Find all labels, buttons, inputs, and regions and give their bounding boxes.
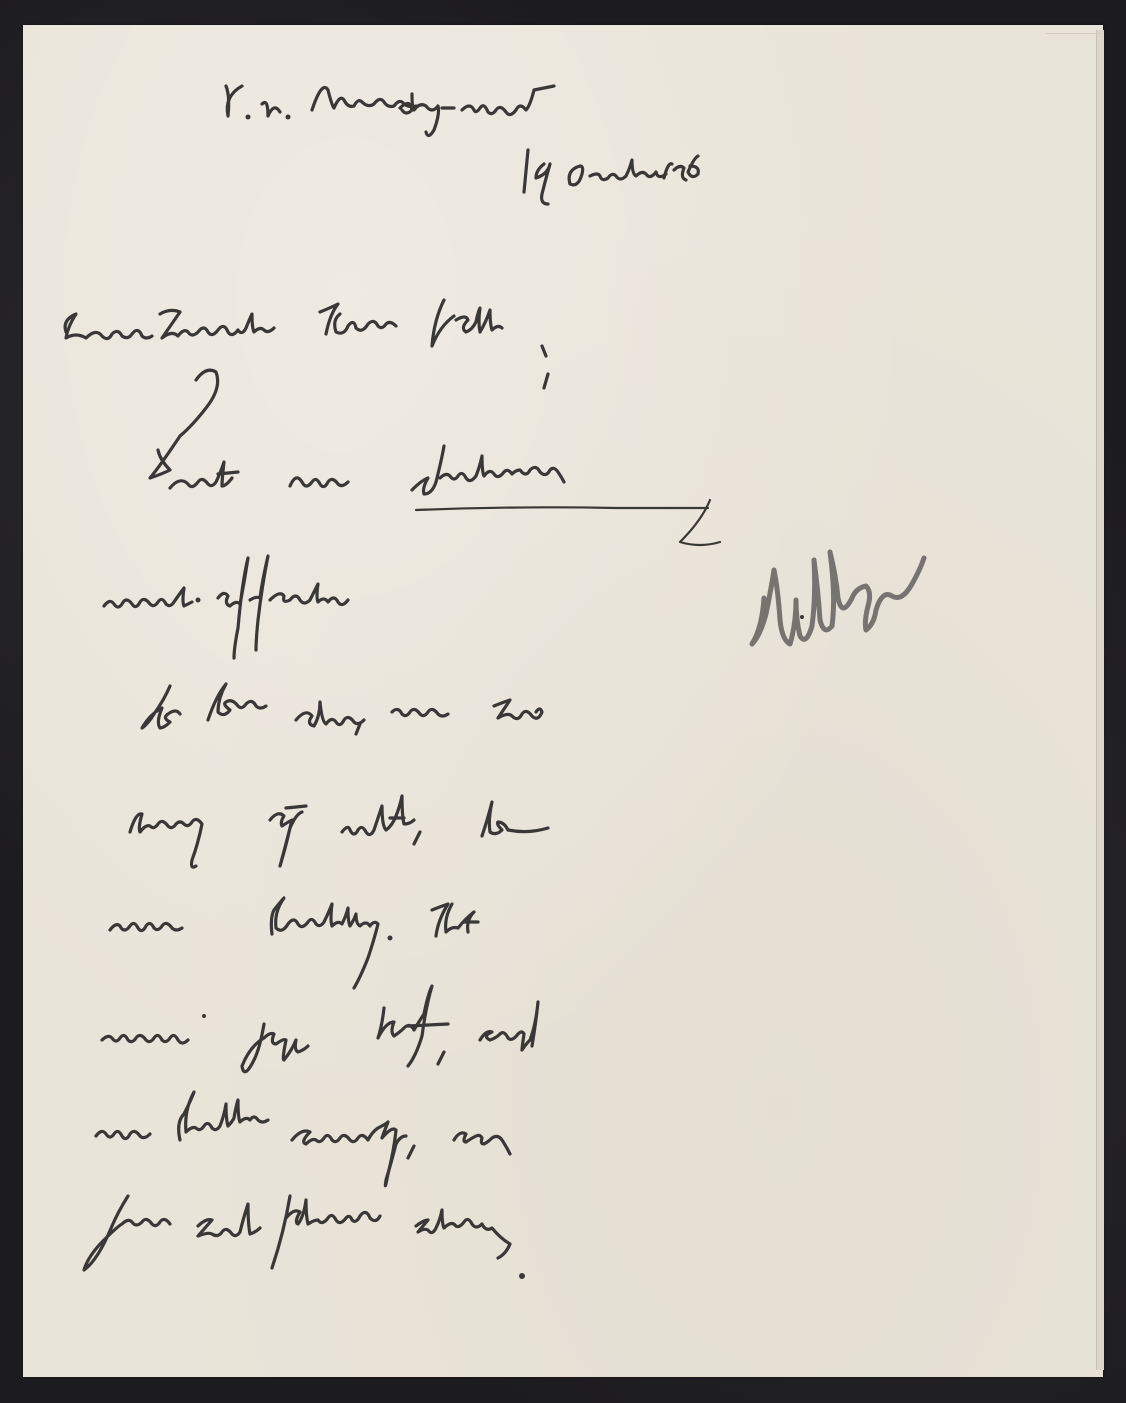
body-line-5-strokes xyxy=(110,898,478,988)
body-line-4-strokes xyxy=(130,796,548,867)
body-line-2-strokes xyxy=(104,552,924,658)
handwriting-layer xyxy=(0,0,1126,1403)
salutation-strokes xyxy=(65,300,548,388)
body-line-8-strokes xyxy=(84,1196,525,1279)
body-line-3-strokes xyxy=(142,684,542,734)
header-place-day-strokes xyxy=(226,86,554,136)
body-line-1-strokes xyxy=(150,370,720,545)
header-date-strokes xyxy=(524,150,698,204)
body-line-7-strokes xyxy=(96,1092,510,1186)
body-line-6-strokes xyxy=(102,986,538,1072)
